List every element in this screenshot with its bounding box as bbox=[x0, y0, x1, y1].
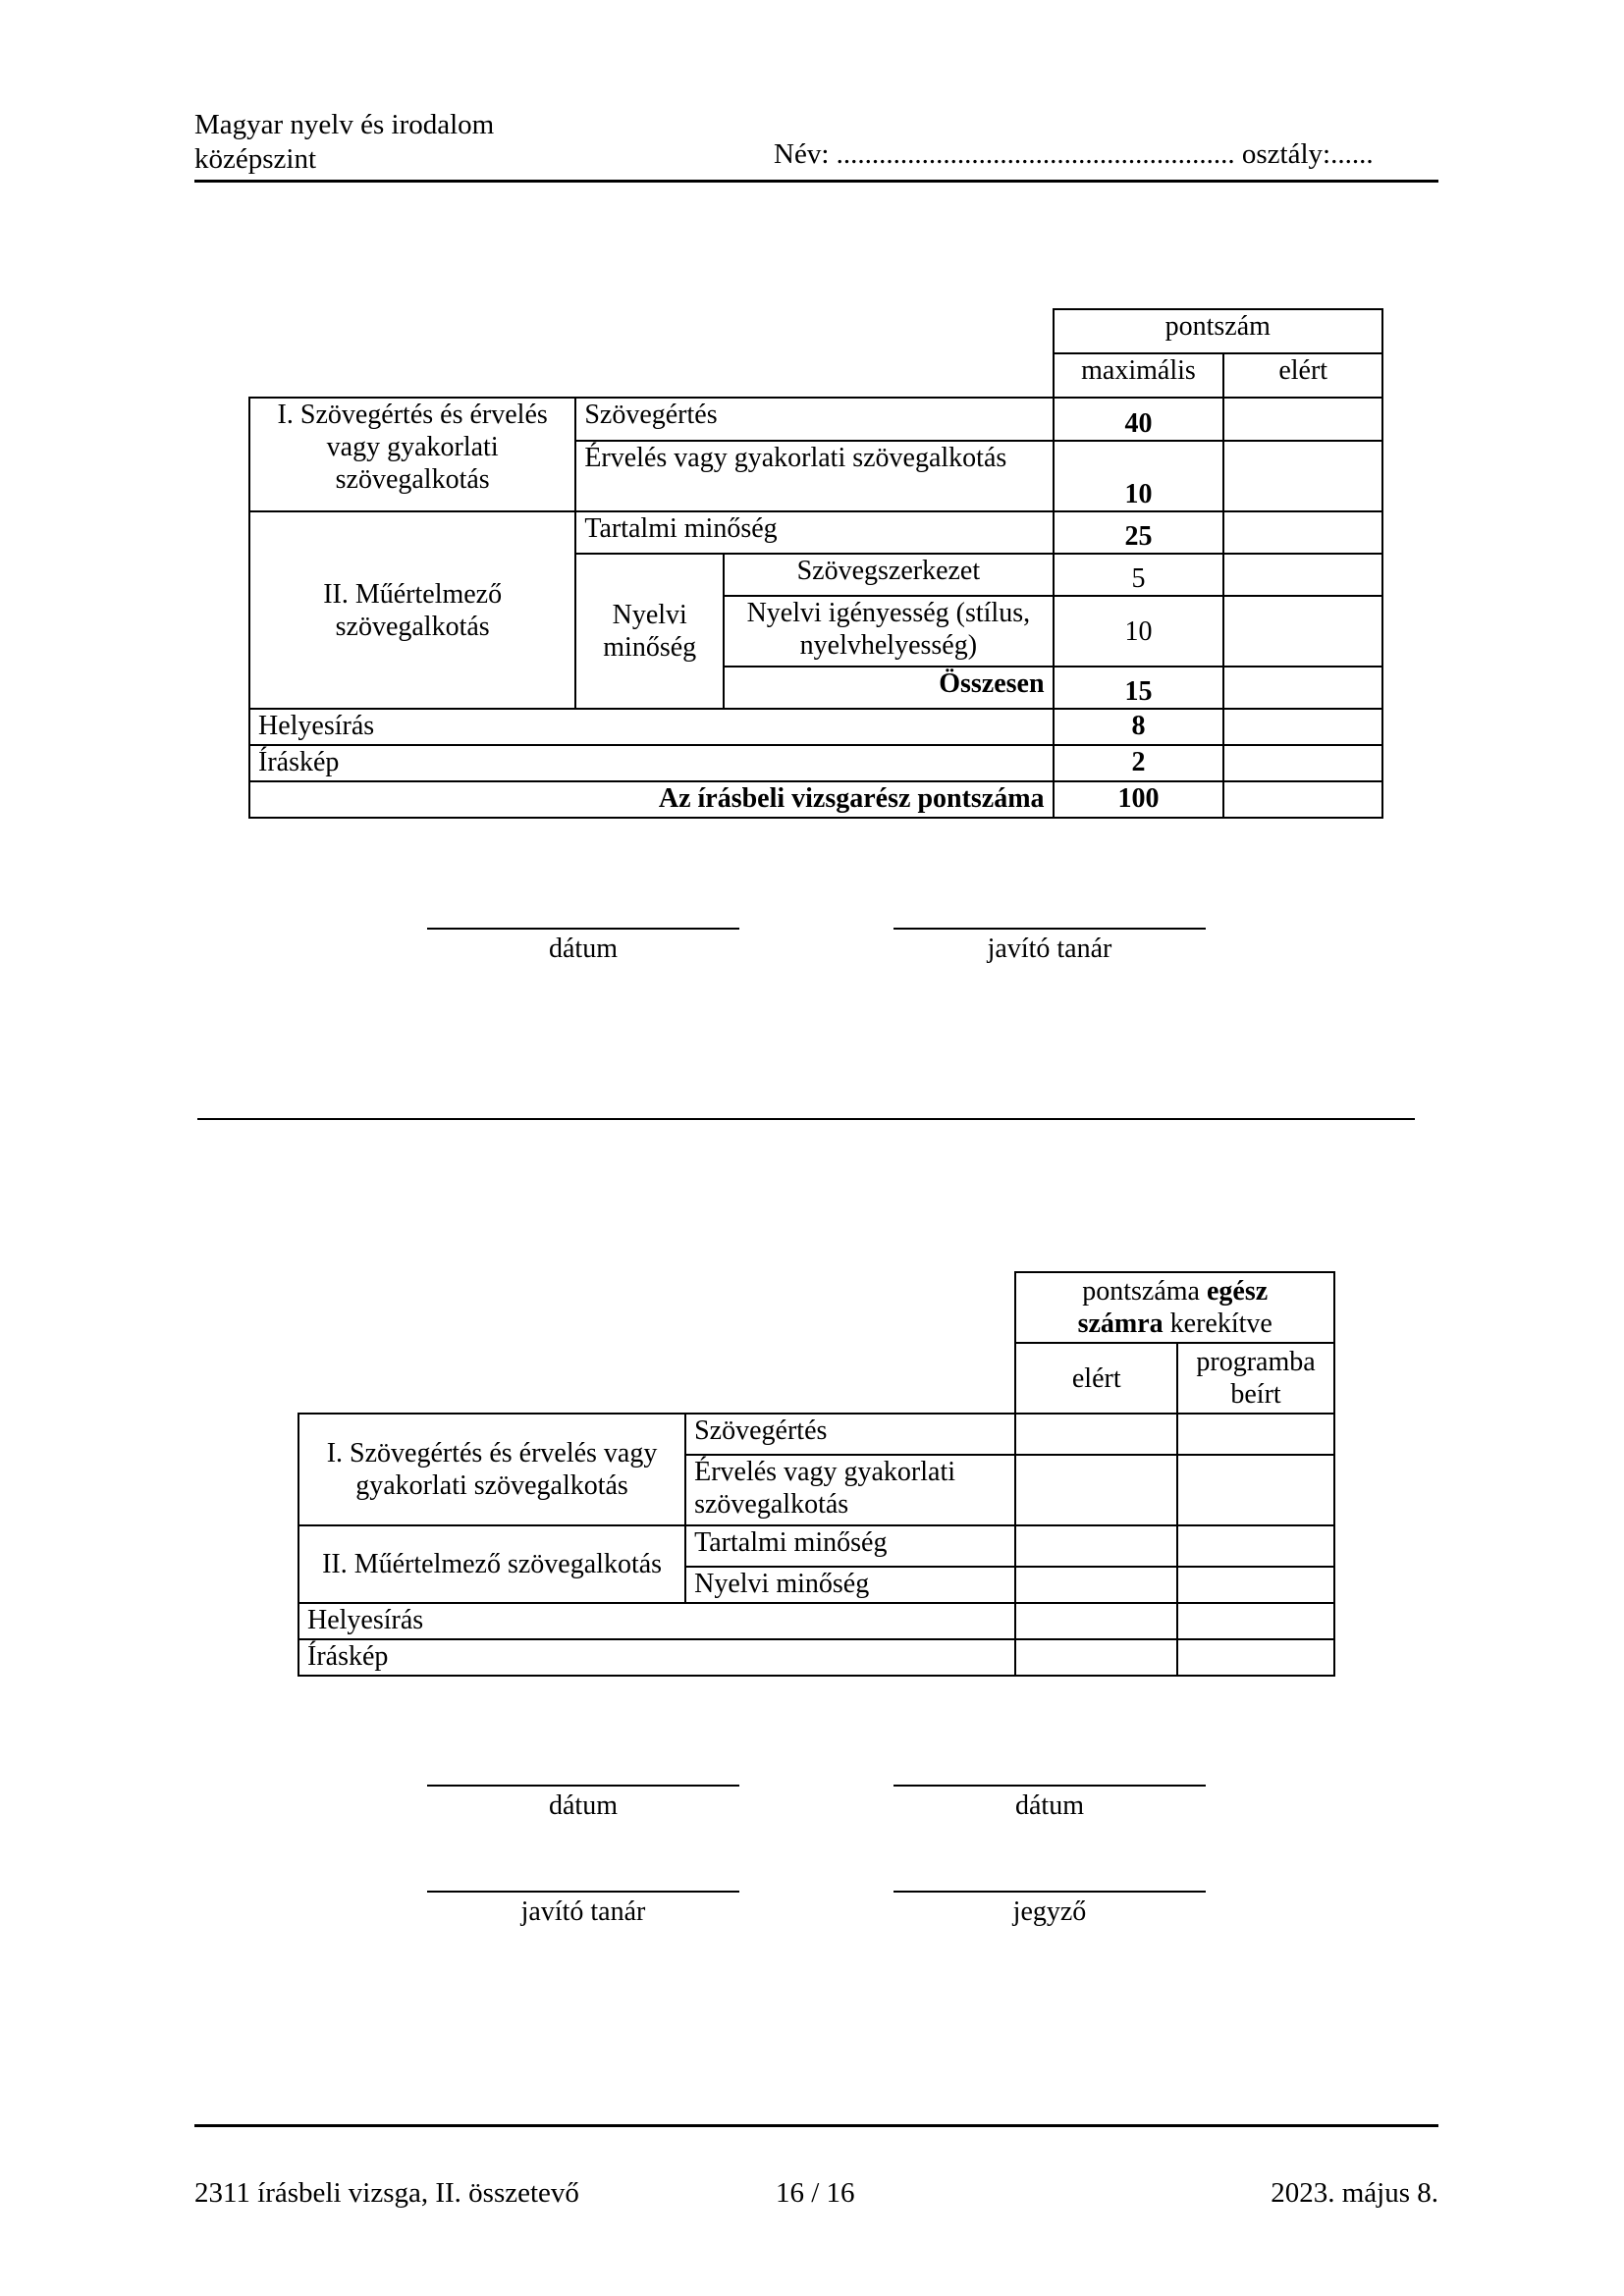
signature-caption: jegyző bbox=[893, 1896, 1206, 1928]
max-value: 8 bbox=[1054, 709, 1224, 745]
row-label: Szövegértés bbox=[575, 398, 1053, 441]
achieved-points-header: elért bbox=[1223, 353, 1382, 398]
achieved-input[interactable] bbox=[1015, 1603, 1177, 1639]
row-label: Érvelés vagy gyakorlati szövegalkotás bbox=[575, 441, 1053, 511]
signature-line bbox=[427, 928, 739, 930]
signature-caption: dátum bbox=[427, 1790, 739, 1822]
language-quality-label: Nyelvi minőség bbox=[575, 554, 724, 709]
achieved-input[interactable] bbox=[1015, 1525, 1177, 1567]
entered-input[interactable] bbox=[1177, 1603, 1334, 1639]
max-value: 100 bbox=[1054, 781, 1224, 818]
max-value: 10 bbox=[1054, 596, 1224, 667]
entered-input[interactable] bbox=[1177, 1455, 1334, 1525]
signature-line bbox=[893, 1891, 1206, 1893]
signature-date[interactable]: dátum bbox=[427, 928, 739, 965]
rounded-points-header: pontszáma egészszámra kerekítve bbox=[1015, 1272, 1334, 1343]
entered-header: programba beírt bbox=[1177, 1343, 1334, 1414]
max-value: 25 bbox=[1054, 511, 1224, 554]
entered-input[interactable] bbox=[1177, 1567, 1334, 1603]
achieved-input[interactable] bbox=[1223, 511, 1382, 554]
achieved-header: elért bbox=[1015, 1343, 1177, 1414]
score-table-main: pontszám maximális elért I. Szövegértés … bbox=[248, 308, 1383, 819]
section2-label: II. Műértelmező szövegalkotás bbox=[298, 1525, 685, 1603]
entered-input[interactable] bbox=[1177, 1414, 1334, 1455]
achieved-input[interactable] bbox=[1223, 709, 1382, 745]
handwriting-label: Íráskép bbox=[298, 1639, 1015, 1676]
header-rule bbox=[194, 180, 1438, 183]
subject-level: középszint bbox=[194, 142, 494, 177]
max-value: 15 bbox=[1054, 667, 1224, 709]
footer-exam-id: 2311 írásbeli vizsga, II. összetevő bbox=[194, 2177, 579, 2210]
section-divider bbox=[197, 1118, 1415, 1120]
achieved-input[interactable] bbox=[1015, 1567, 1177, 1603]
signature-line bbox=[427, 1785, 739, 1787]
spelling-label: Helyesírás bbox=[249, 709, 1054, 745]
signature-date-notary[interactable]: dátum bbox=[893, 1785, 1206, 1822]
achieved-input[interactable] bbox=[1223, 781, 1382, 818]
signature-line bbox=[893, 1785, 1206, 1787]
row-label: Szövegértés bbox=[685, 1414, 1015, 1455]
row-label: Tartalmi minőség bbox=[685, 1525, 1015, 1567]
signature-line bbox=[427, 1891, 739, 1893]
section1-label: I. Szövegértés és érvelés vagy gyakorlat… bbox=[298, 1414, 685, 1525]
row-label: Érvelés vagy gyakorlati szövegalkotás bbox=[685, 1455, 1015, 1525]
entered-input[interactable] bbox=[1177, 1639, 1334, 1676]
signature-caption: dátum bbox=[427, 934, 739, 965]
signature-date-teacher[interactable]: dátum bbox=[427, 1785, 739, 1822]
achieved-input[interactable] bbox=[1223, 745, 1382, 781]
achieved-input[interactable] bbox=[1223, 398, 1382, 441]
name-class-field[interactable]: Név: ...................................… bbox=[774, 137, 1374, 172]
subject-name: Magyar nyelv és irodalom bbox=[194, 108, 494, 142]
handwriting-label: Íráskép bbox=[249, 745, 1054, 781]
achieved-input[interactable] bbox=[1223, 554, 1382, 596]
signature-teacher[interactable]: javító tanár bbox=[893, 928, 1206, 965]
row-label: Tartalmi minőség bbox=[575, 511, 1053, 554]
max-points-header: maximális bbox=[1054, 353, 1224, 398]
signature-caption: javító tanár bbox=[893, 934, 1206, 965]
max-value: 5 bbox=[1054, 554, 1224, 596]
achieved-input[interactable] bbox=[1223, 596, 1382, 667]
signature-teacher[interactable]: javító tanár bbox=[427, 1891, 739, 1928]
total-label: Az írásbeli vizsgarész pontszáma bbox=[249, 781, 1054, 818]
subject-title: Magyar nyelv és irodalom középszint bbox=[194, 108, 494, 177]
achieved-input[interactable] bbox=[1015, 1414, 1177, 1455]
achieved-input[interactable] bbox=[1223, 441, 1382, 511]
spelling-label: Helyesírás bbox=[298, 1603, 1015, 1639]
footer-rule bbox=[194, 2124, 1438, 2127]
footer-page-number: 16 / 16 bbox=[776, 2177, 855, 2210]
signature-caption: javító tanár bbox=[427, 1896, 739, 1928]
row-label: Nyelvi minőség bbox=[685, 1567, 1015, 1603]
section1-label: I. Szövegértés és érvelés vagy gyakorlat… bbox=[249, 398, 575, 511]
achieved-input[interactable] bbox=[1015, 1455, 1177, 1525]
points-header: pontszám bbox=[1054, 309, 1382, 353]
row-label: Szövegszerkezet bbox=[724, 554, 1053, 596]
subtotal-label: Összesen bbox=[724, 667, 1053, 709]
section2-label: II. Műértelmező szövegalkotás bbox=[249, 511, 575, 709]
row-label: Nyelvi igényesség (stílus, nyelvhelyessé… bbox=[724, 596, 1053, 667]
max-value: 2 bbox=[1054, 745, 1224, 781]
achieved-input[interactable] bbox=[1015, 1639, 1177, 1676]
signature-notary[interactable]: jegyző bbox=[893, 1891, 1206, 1928]
achieved-input[interactable] bbox=[1223, 667, 1382, 709]
max-value: 40 bbox=[1054, 398, 1224, 441]
signature-line bbox=[893, 928, 1206, 930]
score-table-rounded: pontszáma egészszámra kerekítve elért pr… bbox=[298, 1271, 1335, 1677]
footer-date: 2023. május 8. bbox=[1271, 2177, 1438, 2210]
entered-input[interactable] bbox=[1177, 1525, 1334, 1567]
max-value: 10 bbox=[1054, 441, 1224, 511]
signature-caption: dátum bbox=[893, 1790, 1206, 1822]
